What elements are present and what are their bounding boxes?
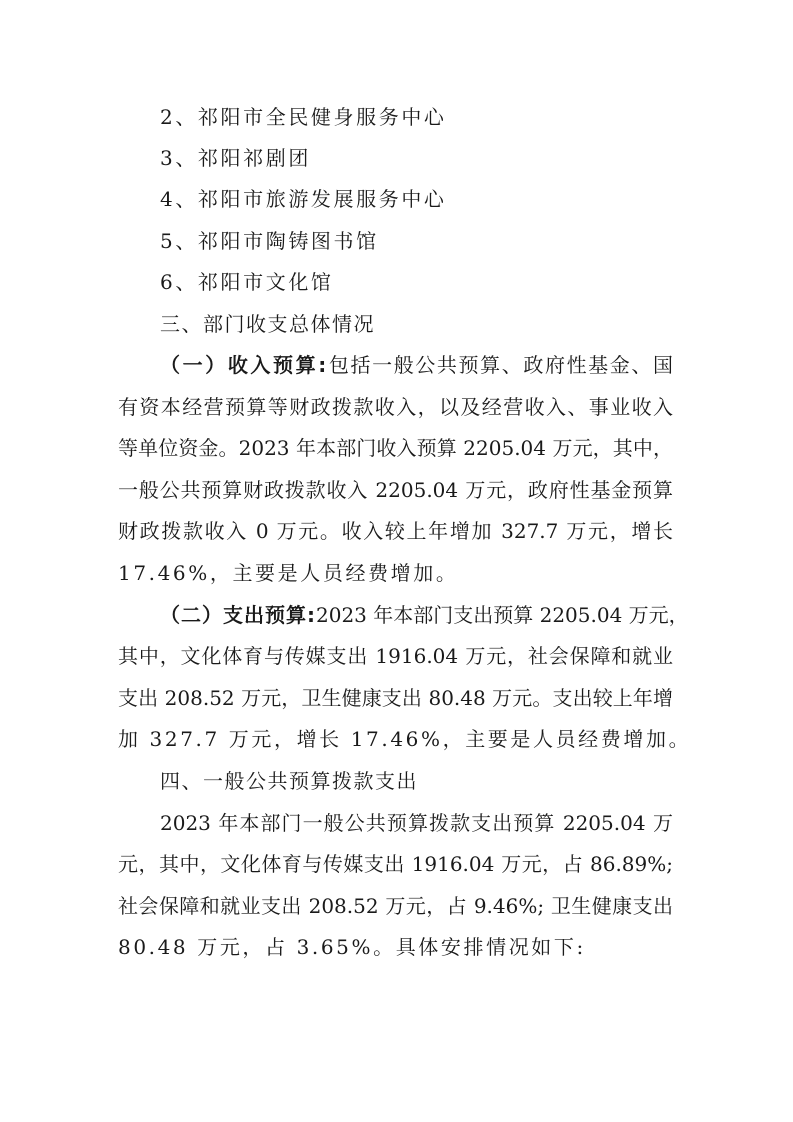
section4-paragraph-line: 社会保障和就业支出 208.52 万元，占 9.46%; 卫生健康支出: [118, 886, 673, 927]
income-paragraph-line: 等单位资金。2023 年本部门收入预算 2205.04 万元，其中，: [118, 428, 673, 469]
expenditure-text: 2023 年本部门支出预算 2205.04 万元，: [316, 603, 689, 627]
income-paragraph-line: 一般公共预算财政拨款收入 2205.04 万元，政府性基金预算: [118, 470, 673, 511]
list-item: 2、祁阳市全民健身服务中心: [160, 97, 673, 138]
section4-paragraph-line: 2023 年本部门一般公共预算拨款支出预算 2205.04 万: [160, 803, 673, 844]
expenditure-paragraph-line: 支出 208.52 万元，卫生健康支出 80.48 万元。支出较上年增: [118, 678, 673, 719]
expenditure-paragraph-line: 其中，文化体育与传媒支出 1916.04 万元，社会保障和就业: [118, 636, 673, 677]
expenditure-paragraph-line: （二）支出预算:2023 年本部门支出预算 2205.04 万元，: [160, 595, 673, 636]
list-item: 6、祁阳市文化馆: [160, 262, 673, 303]
expenditure-label: （二）支出预算:: [160, 603, 316, 627]
expenditure-paragraph-line: 加 327.7 万元，增长 17.46%，主要是人员经费增加。: [118, 719, 673, 760]
income-paragraph-line: 17.46%，主要是人员经费增加。: [118, 553, 673, 594]
list-item: 4、祁阳市旅游发展服务中心: [160, 179, 673, 220]
document-page: 2、祁阳市全民健身服务中心 3、祁阳祁剧团 4、祁阳市旅游发展服务中心 5、祁阳…: [0, 0, 793, 1122]
section4-paragraph-line: 元，其中，文化体育与传媒支出 1916.04 万元，占 86.89%;: [118, 844, 673, 885]
list-item: 5、祁阳市陶铸图书馆: [160, 221, 673, 262]
income-paragraph-line: （一）收入预算:包括一般公共预算、政府性基金、国: [160, 345, 673, 386]
income-paragraph-line: 财政拨款收入 0 万元。收入较上年增加 327.7 万元，增长: [118, 511, 673, 552]
section-heading-3: 三、部门收支总体情况: [160, 304, 673, 345]
list-item: 3、祁阳祁剧团: [160, 138, 673, 179]
section4-paragraph-line: 80.48 万元，占 3.65%。具体安排情况如下:: [118, 927, 673, 968]
income-paragraph-line: 有资本经营预算等财政拨款收入，以及经营收入、事业收入: [118, 387, 673, 428]
income-text: 包括一般公共预算、政府性基金、国: [327, 353, 673, 377]
section-heading-4: 四、一般公共预算拨款支出: [160, 761, 673, 802]
income-label: （一）收入预算:: [160, 353, 327, 377]
